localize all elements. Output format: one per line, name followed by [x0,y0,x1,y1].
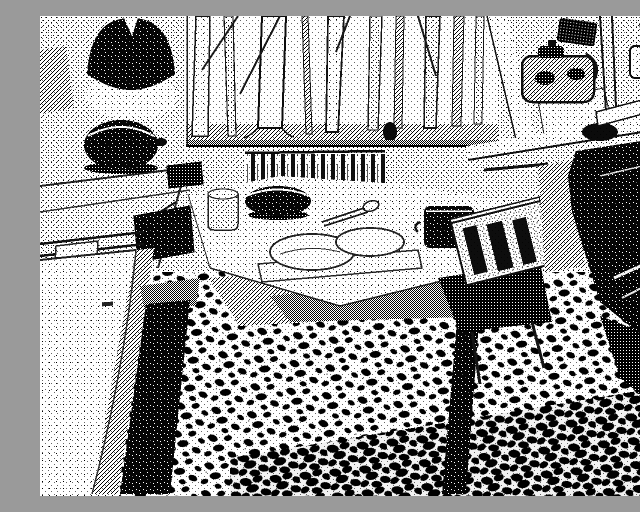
dither-grain-overlay [40,16,640,496]
kitchen-photo: Dithered black-and-white photograph of a… [40,16,640,496]
kitchen-photo-canvas: Dithered black-and-white photograph of a… [40,16,640,496]
